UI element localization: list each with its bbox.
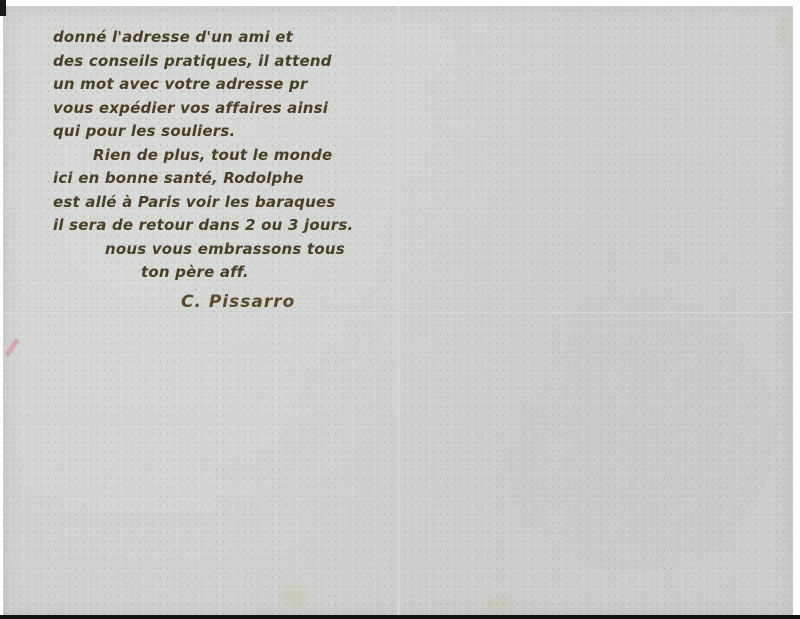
scan-edge-bottom <box>0 615 800 619</box>
scan-margin <box>794 0 800 619</box>
letter-line: est allé à Paris voir les baraques <box>53 191 373 215</box>
letter-line: qui pour les souliers. <box>53 120 373 144</box>
letter-line: ici en bonne santé, Rodolphe <box>53 167 373 191</box>
paper-stain <box>478 591 518 616</box>
closing-line: ton père aff. <box>53 261 373 285</box>
letter-line: des conseils pratiques, il attend <box>53 50 373 74</box>
letter-line: un mot avec votre adresse pr <box>53 73 373 97</box>
letter-line: donné l'adresse d'un ami et <box>53 26 373 50</box>
paper-stain <box>773 11 793 51</box>
signature: C. Pissarro <box>53 291 373 315</box>
letter-line: il sera de retour dans 2 ou 3 jours. <box>53 214 373 238</box>
paper-stain <box>273 581 313 611</box>
letter-body: donné l'adresse d'un ami et des conseils… <box>53 26 373 314</box>
letter-line: vous expédier vos affaires ainsi <box>53 97 373 121</box>
letter-sheet: donné l'adresse d'un ami et des conseils… <box>3 6 793 616</box>
letter-line: Rien de plus, tout le monde <box>53 144 373 168</box>
letter-line: nous vous embrassons tous <box>53 238 373 262</box>
scan-edge <box>0 0 6 16</box>
